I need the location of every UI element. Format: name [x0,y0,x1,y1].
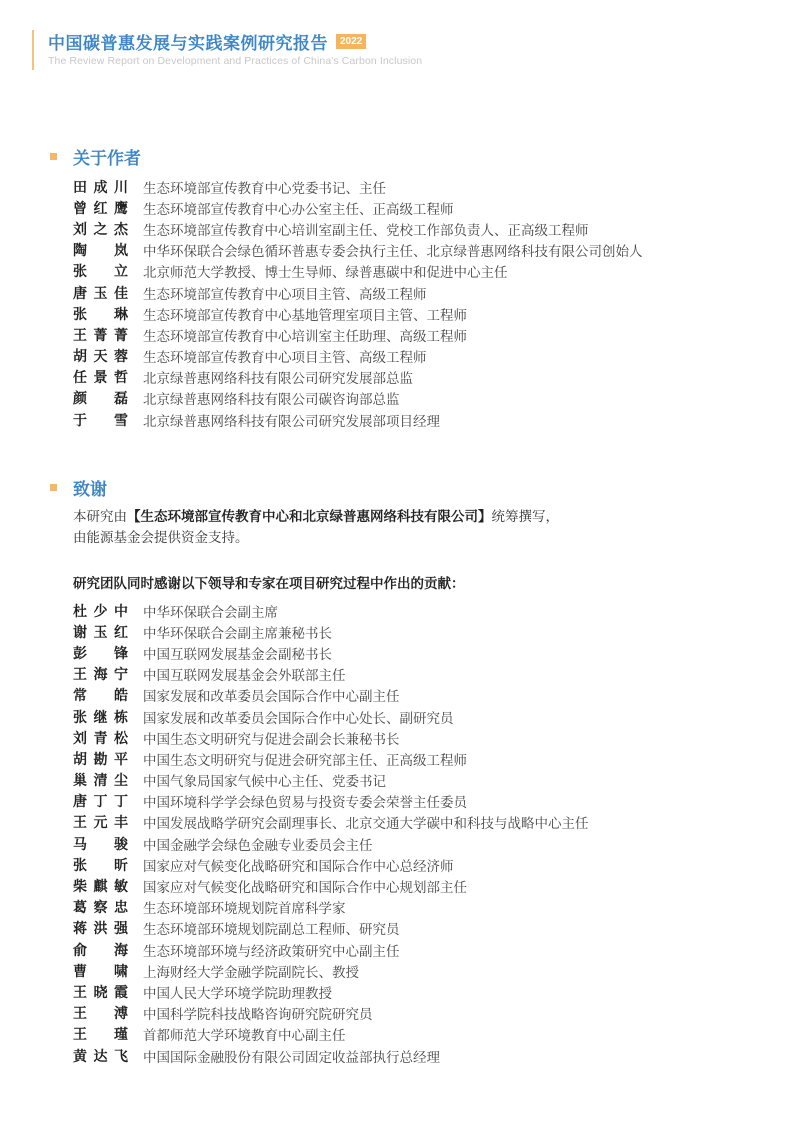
authors-list: 田成川生态环境部宣传教育中心党委书记、主任曾红鹰生态环境部宣传教育中心办公室主任… [73,176,643,430]
person-role: 生态环境部环境规划院首席科学家 [143,897,346,917]
person-role: 中国金融学会绿色金融专业委员会主任 [143,834,373,854]
list-item: 唐玉佳生态环境部宣传教育中心项目主管、高级工程师 [73,282,643,303]
person-role: 北京师范大学教授、博士生导师、绿普惠碳中和促进中心主任 [143,261,508,281]
person-name: 王元丰 [73,812,128,832]
person-role: 首都师范大学环境教育中心副主任 [143,1024,346,1044]
list-item: 刘之杰生态环境部宣传教育中心培训室副主任、党校工作部负责人、正高级工程师 [73,218,643,239]
authors-title: 关于作者 [73,144,141,169]
person-name: 王溥 [73,1003,128,1023]
list-item: 王海宁中国互联网发展基金会外联部主任 [73,664,589,685]
square-bullet-icon [50,153,57,160]
person-name: 巢清尘 [73,770,128,790]
person-role: 生态环境部宣传教育中心基地管理室项目主管、工程师 [143,304,467,324]
person-role: 中国气象局国家气候中心主任、党委书记 [143,770,386,790]
list-item: 张立北京师范大学教授、博士生导师、绿普惠碳中和促进中心主任 [73,261,643,282]
list-item: 陶岚中华环保联合会绿色循环普惠专委会执行主任、北京绿普惠网络科技有限公司创始人 [73,240,643,261]
person-name: 于雪 [73,410,128,430]
person-role: 国家应对气候变化战略研究和国际合作中心总经济师 [143,855,454,875]
person-name: 王菁菁 [73,325,128,345]
person-name: 彭锋 [73,643,128,663]
list-item: 于雪北京绿普惠网络科技有限公司研究发展部项目经理 [73,409,643,430]
person-name: 任景哲 [73,367,128,387]
person-name: 张继栋 [73,707,128,727]
thanks-paragraph: 本研究由【生态环境部宣传教育中心和北京绿普惠网络科技有限公司】统筹撰写， 由能源… [73,507,713,549]
year-badge: 2022 [336,34,366,49]
person-role: 中国人民大学环境学院助理教授 [143,982,332,1002]
person-role: 中国互联网发展基金会外联部主任 [143,664,346,684]
person-name: 黄达飞 [73,1046,128,1066]
list-item: 谢玉红中华环保联合会副主席兼秘书长 [73,621,589,642]
person-name: 唐玉佳 [73,283,128,303]
person-role: 上海财经大学金融学院副院长、教授 [143,961,359,981]
list-item: 张继栋国家发展和改革委员会国际合作中心处长、副研究员 [73,706,589,727]
list-item: 巢清尘中国气象局国家气候中心主任、党委书记 [73,770,589,791]
running-header: 中国碳普惠发展与实践案例研究报告 2022 The Review Report … [32,30,422,70]
person-name: 王瑾 [73,1024,128,1044]
person-role: 国家发展和改革委员会国际合作中心副主任 [143,685,400,705]
square-bullet-icon [50,484,57,491]
list-item: 王菁菁生态环境部宣传教育中心培训室主任助理、高级工程师 [73,324,643,345]
person-name: 唐丁丁 [73,791,128,811]
person-name: 张琳 [73,304,128,324]
para-prefix: 本研究由 [73,509,127,525]
person-role: 国家发展和改革委员会国际合作中心处长、副研究员 [143,707,454,727]
person-role: 中国互联网发展基金会副秘书长 [143,643,332,663]
list-item: 曹啸上海财经大学金融学院副院长、教授 [73,960,589,981]
authors-heading: 关于作者 [50,144,141,169]
person-name: 杜少中 [73,601,128,621]
person-role: 北京绿普惠网络科技有限公司碳咨询部总监 [143,388,400,408]
person-name: 张昕 [73,855,128,875]
person-name: 张立 [73,261,128,281]
person-name: 柴麒敏 [73,876,128,896]
list-item: 任景哲北京绿普惠网络科技有限公司研究发展部总监 [73,367,643,388]
list-item: 黄达飞中国国际金融股份有限公司固定收益部执行总经理 [73,1045,589,1066]
contributors-list: 杜少中中华环保联合会副主席谢玉红中华环保联合会副主席兼秘书长彭锋中国互联网发展基… [73,600,589,1066]
thanks-heading: 致谢 [50,475,107,500]
person-name: 蒋洪强 [73,918,128,938]
person-role: 中国发展战略学研究会副理事长、北京交通大学碳中和科技与战略中心主任 [143,812,589,832]
para-bold-orgs: 【生态环境部宣传教育中心和北京绿普惠网络科技有限公司】 [127,509,492,525]
person-role: 生态环境部宣传教育中心项目主管、高级工程师 [143,346,427,366]
person-name: 胡天蓉 [73,346,128,366]
person-role: 中国国际金融股份有限公司固定收益部执行总经理 [143,1046,440,1066]
list-item: 常皓国家发展和改革委员会国际合作中心副主任 [73,685,589,706]
list-item: 颜磊北京绿普惠网络科技有限公司碳咨询部总监 [73,388,643,409]
person-name: 胡勘平 [73,749,128,769]
person-role: 中国生态文明研究与促进会副会长兼秘书长 [143,728,400,748]
list-item: 张琳生态环境部宣传教育中心基地管理室项目主管、工程师 [73,303,643,324]
list-item: 葛察忠生态环境部环境规划院首席科学家 [73,897,589,918]
person-name: 王晓霞 [73,982,128,1002]
person-role: 生态环境部宣传教育中心项目主管、高级工程师 [143,283,427,303]
person-name: 颜磊 [73,388,128,408]
list-item: 胡勘平中国生态文明研究与促进会研究部主任、正高级工程师 [73,748,589,769]
person-role: 中国科学院科技战略咨询研究院研究员 [143,1003,373,1023]
person-role: 北京绿普惠网络科技有限公司研究发展部项目经理 [143,410,440,430]
list-item: 刘青松中国生态文明研究与促进会副会长兼秘书长 [73,727,589,748]
list-item: 王晓霞中国人民大学环境学院助理教授 [73,981,589,1002]
person-name: 陶岚 [73,240,128,260]
person-role: 中华环保联合会绿色循环普惠专委会执行主任、北京绿普惠网络科技有限公司创始人 [143,240,643,260]
person-role: 中国生态文明研究与促进会研究部主任、正高级工程师 [143,749,467,769]
person-role: 生态环境部宣传教育中心培训室副主任、党校工作部负责人、正高级工程师 [143,219,589,239]
list-item: 王元丰中国发展战略学研究会副理事长、北京交通大学碳中和科技与战略中心主任 [73,812,589,833]
person-name: 刘之杰 [73,219,128,239]
thanks-subheading: 研究团队同时感谢以下领导和专家在项目研究过程中作出的贡献： [73,572,465,592]
person-role: 生态环境部环境与经济政策研究中心副主任 [143,940,400,960]
person-name: 马骏 [73,834,128,854]
report-subtitle: The Review Report on Development and Pra… [48,55,422,67]
person-name: 曾红鹰 [73,198,128,218]
person-name: 王海宁 [73,664,128,684]
person-role: 生态环境部宣传教育中心培训室主任助理、高级工程师 [143,325,467,345]
para-suffix: 统筹撰写， [492,509,560,525]
person-role: 中华环保联合会副主席 [143,601,278,621]
person-name: 田成川 [73,177,128,197]
list-item: 胡天蓉生态环境部宣传教育中心项目主管、高级工程师 [73,346,643,367]
person-role: 北京绿普惠网络科技有限公司研究发展部总监 [143,367,413,387]
person-name: 谢玉红 [73,622,128,642]
person-name: 曹啸 [73,961,128,981]
person-role: 生态环境部宣传教育中心办公室主任、正高级工程师 [143,198,454,218]
list-item: 王瑾首都师范大学环境教育中心副主任 [73,1024,589,1045]
para-line2: 由能源基金会提供资金支持。 [73,530,249,546]
list-item: 柴麒敏国家应对气候变化战略研究和国际合作中心规划部主任 [73,875,589,896]
list-item: 彭锋中国互联网发展基金会副秘书长 [73,642,589,663]
person-role: 中华环保联合会副主席兼秘书长 [143,622,332,642]
list-item: 王溥中国科学院科技战略咨询研究院研究员 [73,1003,589,1024]
list-item: 杜少中中华环保联合会副主席 [73,600,589,621]
person-name: 俞海 [73,940,128,960]
person-role: 生态环境部环境规划院副总工程师、研究员 [143,918,400,938]
person-name: 常皓 [73,685,128,705]
person-name: 葛察忠 [73,897,128,917]
list-item: 马骏中国金融学会绿色金融专业委员会主任 [73,833,589,854]
person-name: 刘青松 [73,728,128,748]
thanks-title: 致谢 [73,475,107,500]
list-item: 唐丁丁中国环境科学学会绿色贸易与投资专委会荣誉主任委员 [73,791,589,812]
person-role: 国家应对气候变化战略研究和国际合作中心规划部主任 [143,876,467,896]
person-role: 生态环境部宣传教育中心党委书记、主任 [143,177,386,197]
person-role: 中国环境科学学会绿色贸易与投资专委会荣誉主任委员 [143,791,467,811]
list-item: 田成川生态环境部宣传教育中心党委书记、主任 [73,176,643,197]
list-item: 曾红鹰生态环境部宣传教育中心办公室主任、正高级工程师 [73,197,643,218]
report-title: 中国碳普惠发展与实践案例研究报告 [48,29,328,54]
list-item: 张昕国家应对气候变化战略研究和国际合作中心总经济师 [73,854,589,875]
list-item: 俞海生态环境部环境与经济政策研究中心副主任 [73,939,589,960]
list-item: 蒋洪强生态环境部环境规划院副总工程师、研究员 [73,918,589,939]
